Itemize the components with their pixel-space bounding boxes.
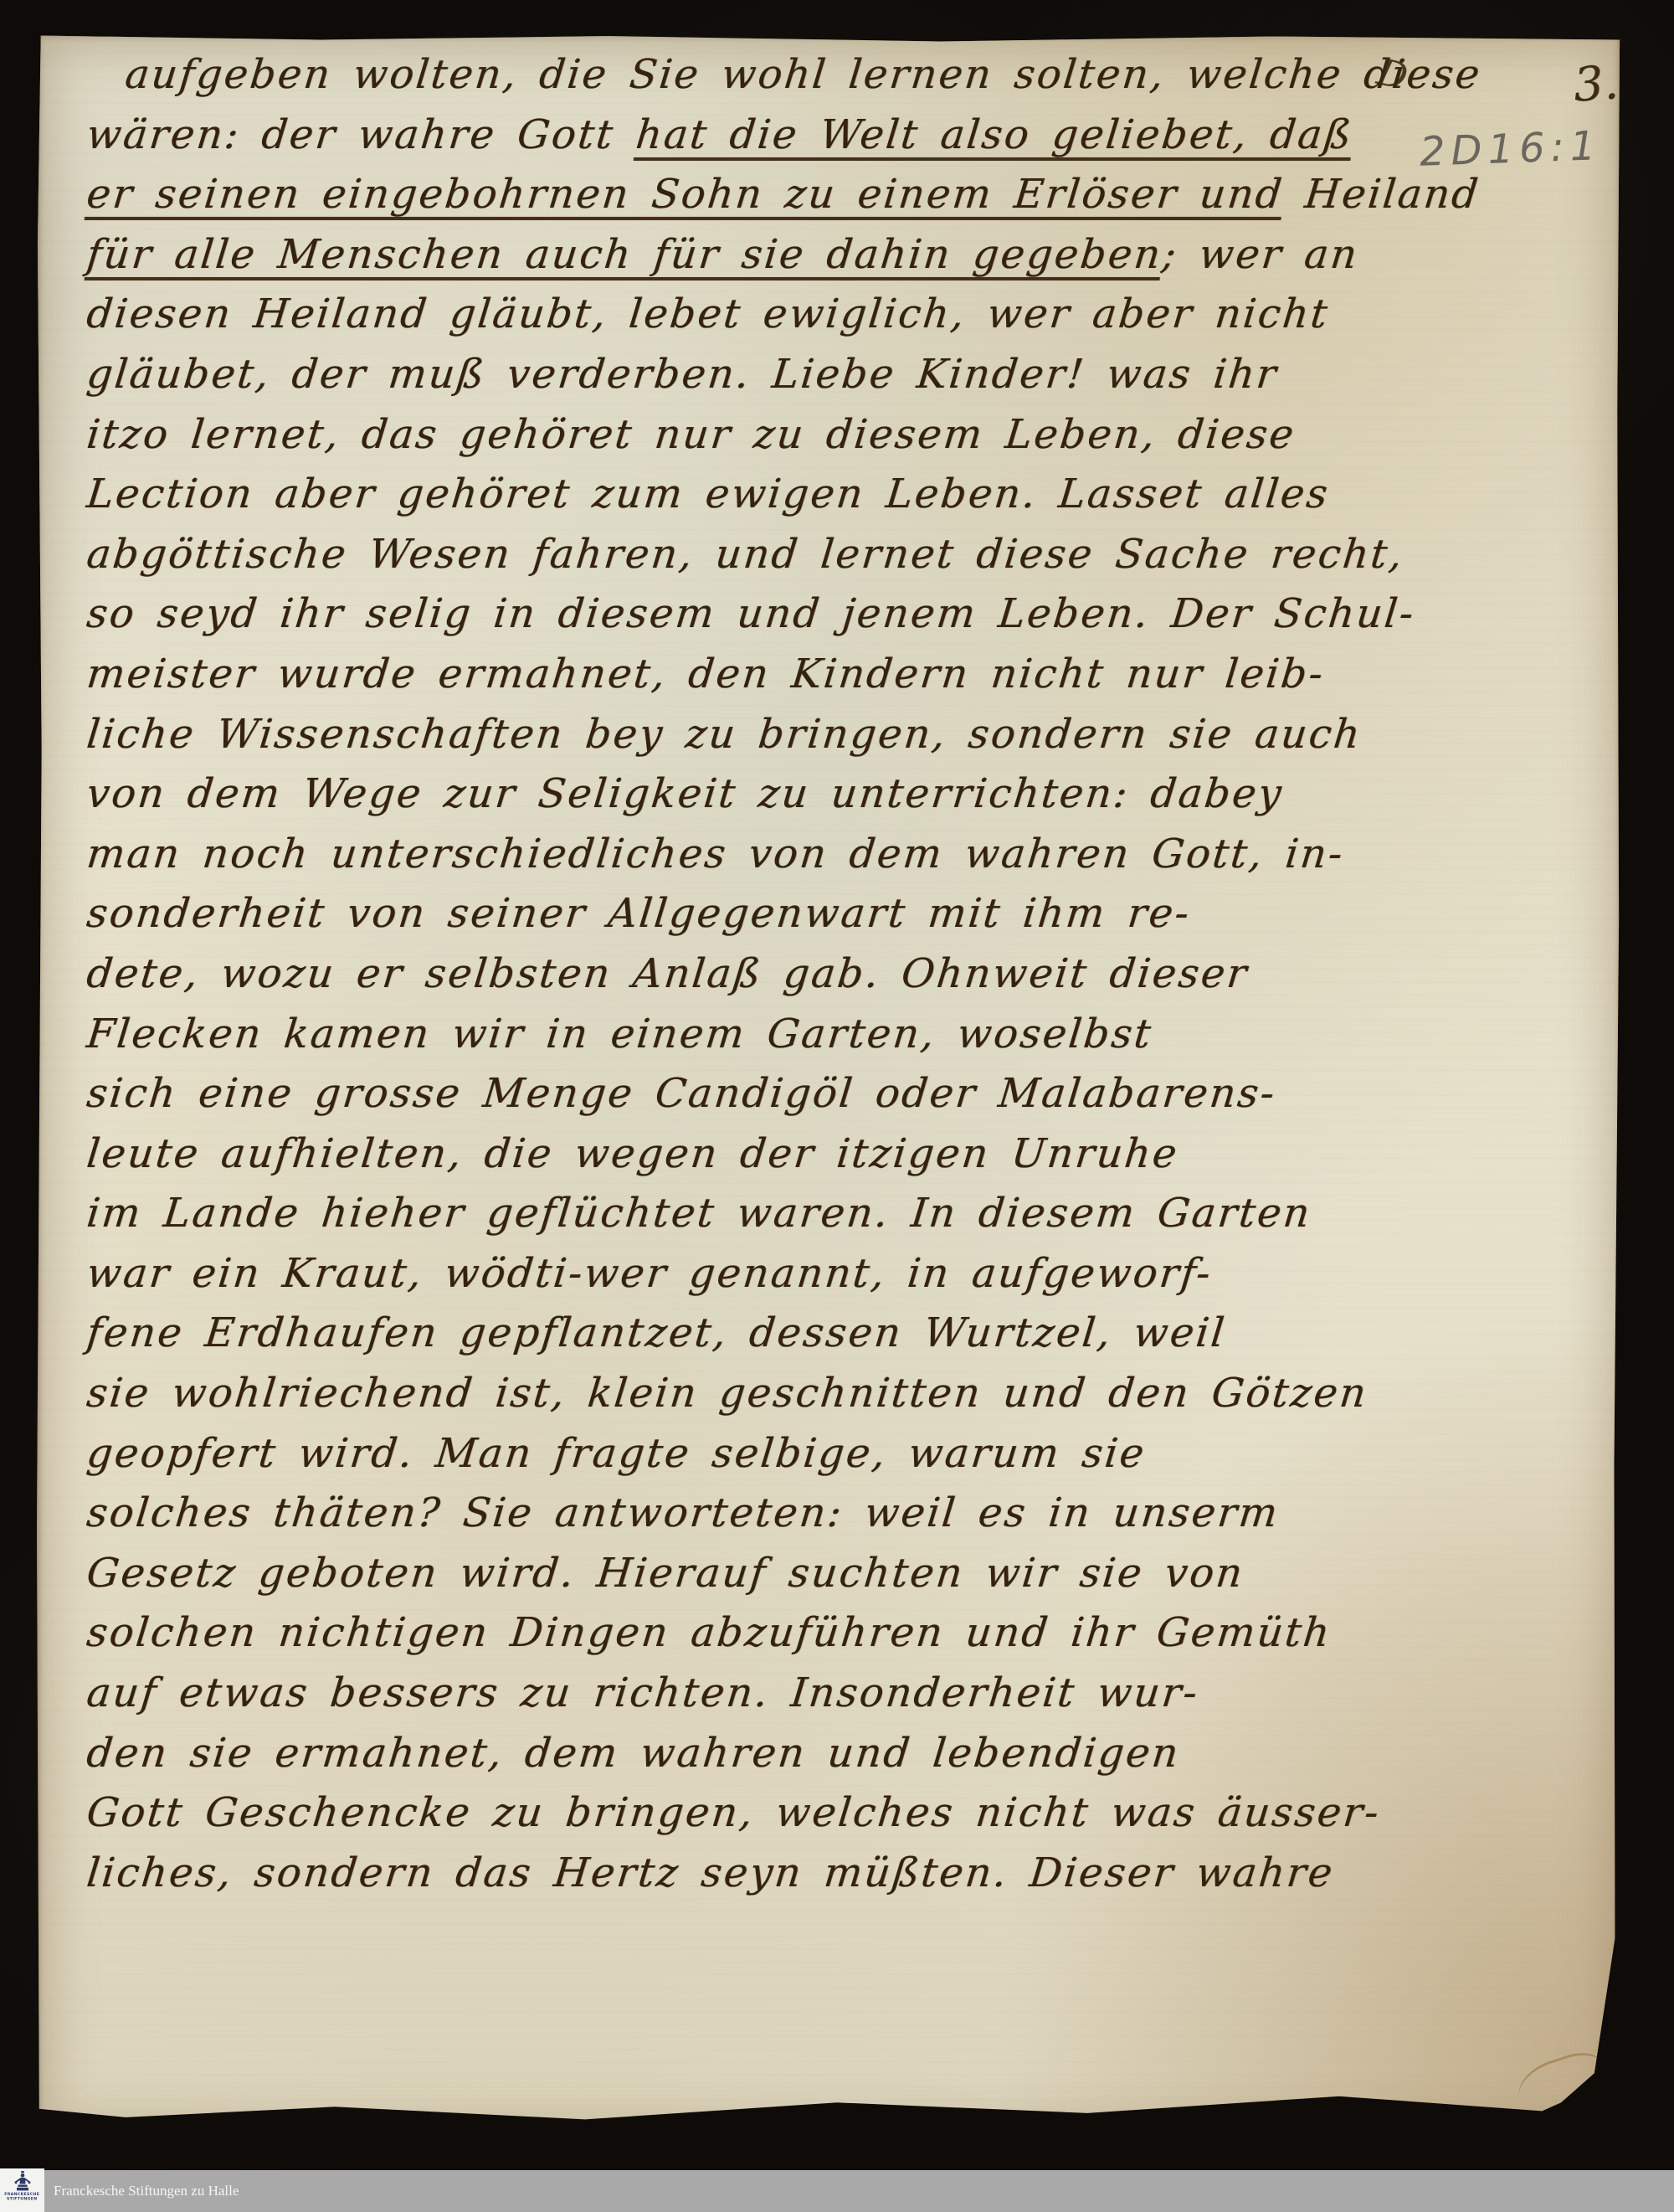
manuscript-line: dete, wozu er selbsten Anlaß gab. Ohnwei… xyxy=(84,944,1433,1005)
photo-background: aufgeben wolten, die Sie wohl lernen sol… xyxy=(0,0,1674,2212)
manuscript-text: gläubet, der muß verderben. Liebe Kinder… xyxy=(85,351,1281,398)
manuscript-text: ; wer an xyxy=(1159,231,1361,278)
manuscript-text: liche Wissenschaften bey zu bringen, son… xyxy=(85,711,1364,758)
corner-stain xyxy=(1511,2045,1617,2132)
manuscript-line: liche Wissenschaften bey zu bringen, son… xyxy=(84,705,1433,765)
manuscript-text: sie wohlriechend ist, klein geschnitten … xyxy=(85,1370,1370,1417)
manuscript-line: man noch unterschiedliches von dem wahre… xyxy=(84,825,1433,885)
manuscript-line: auf etwas bessers zu richten. Insonderhe… xyxy=(84,1664,1433,1724)
manuscript-line: Gott Geschencke zu bringen, welches nich… xyxy=(84,1783,1433,1844)
manuscript-line: solches thäten? Sie antworteten: weil es… xyxy=(84,1484,1433,1544)
manuscript-text: diesen Heiland gläubt, lebet ewiglich, w… xyxy=(85,291,1332,337)
footer-bar: Franckesche Stiftungen zu Halle xyxy=(0,2170,1674,2212)
manuscript-line: solchen nichtigen Dingen abzuführen und … xyxy=(84,1603,1433,1664)
manuscript-text: sich eine grosse Menge Candigöl oder Mal… xyxy=(85,1070,1279,1117)
manuscript-line: sonderheit von seiner Allgegenwart mit i… xyxy=(84,884,1433,944)
manuscript-text: man noch unterschiedliches von dem wahre… xyxy=(85,831,1347,877)
manuscript-text: wären: der wahre Gott xyxy=(85,111,639,158)
manuscript-line: leute aufhielten, die wegen der itzigen … xyxy=(84,1124,1433,1185)
manuscript-text: abgöttische Wesen fahren, und lernet die… xyxy=(85,531,1406,578)
manuscript-text: itzo lernet, das gehöret nur zu diesem L… xyxy=(85,411,1298,458)
manuscript-line: wären: der wahre Gott hat die Welt also … xyxy=(84,105,1433,166)
manuscript-line: sich eine grosse Menge Candigöl oder Mal… xyxy=(84,1064,1433,1124)
manuscript-text: so seyd ihr selig in diesem und jenem Le… xyxy=(85,590,1418,637)
manuscript-underlined-text: für alle Menschen auch für sie dahin geg… xyxy=(85,231,1164,278)
manuscript-line: er seinen eingebohrnen Sohn zu einem Erl… xyxy=(84,165,1433,225)
manuscript-text: Gesetz geboten wird. Hierauf suchten wir… xyxy=(85,1550,1246,1597)
manuscript-line: von dem Wege zur Seligkeit zu unterricht… xyxy=(84,764,1433,825)
manuscript-text-block: aufgeben wolten, die Sie wohl lernen sol… xyxy=(84,45,1426,1903)
manuscript-text: geopfert wird. Man fragte selbige, warum… xyxy=(85,1430,1148,1477)
manuscript-line: aufgeben wolten, die Sie wohl lernen sol… xyxy=(84,45,1433,105)
manuscript-text: aufgeben wolten, die Sie wohl lernen sol… xyxy=(123,51,1484,98)
manuscript-text: liches, sondern das Hertz seyn müßten. D… xyxy=(85,1849,1337,1896)
shelfmark-pencil: 2D16:1 xyxy=(1419,122,1602,176)
manuscript-text: Gott Geschencke zu bringen, welches nich… xyxy=(85,1789,1383,1836)
francke-statue-icon xyxy=(13,2171,32,2191)
manuscript-line: geopfert wird. Man fragte selbige, warum… xyxy=(84,1424,1433,1484)
manuscript-text: dete, wozu er selbsten Anlaß gab. Ohnwei… xyxy=(85,950,1250,997)
manuscript-line: itzo lernet, das gehöret nur zu diesem L… xyxy=(84,405,1433,466)
manuscript-line: den sie ermahnet, dem wahren und lebendi… xyxy=(84,1724,1433,1784)
manuscript-line: sie wohlriechend ist, klein geschnitten … xyxy=(84,1364,1433,1424)
manuscript-line: im Lande hieher geflüchtet waren. In die… xyxy=(84,1184,1433,1244)
manuscript-text: leute aufhielten, die wegen der itzigen … xyxy=(85,1130,1181,1177)
manuscript-line: war ein Kraut, wödti-wer genannt, in auf… xyxy=(84,1244,1433,1304)
manuscript-text: Flecken kamen wir in einem Garten, wosel… xyxy=(85,1011,1155,1057)
footer-institution-title: Franckesche Stiftungen zu Halle xyxy=(54,2170,239,2212)
manuscript-text: solchen nichtigen Dingen abzuführen und … xyxy=(85,1609,1334,1656)
manuscript-line: meister wurde ermahnet, den Kindern nich… xyxy=(84,645,1433,705)
manuscript-text: sonderheit von seiner Allgegenwart mit i… xyxy=(85,890,1193,937)
manuscript-line: diesen Heiland gläubt, lebet ewiglich, w… xyxy=(84,285,1433,345)
manuscript-text: Heiland xyxy=(1281,171,1481,218)
manuscript-line: für alle Menschen auch für sie dahin geg… xyxy=(84,225,1433,286)
manuscript-page: aufgeben wolten, die Sie wohl lernen sol… xyxy=(37,33,1621,2138)
manuscript-text: fene Erdhaufen gepflantzet, dessen Wurtz… xyxy=(85,1309,1229,1356)
institution-logo-text: FRANCKESCHE STIFTUNGEN xyxy=(4,2192,39,2200)
manuscript-line: Lection aber gehöret zum ewigen Leben. L… xyxy=(84,465,1433,525)
manuscript-text: auf etwas bessers zu richten. Insonderhe… xyxy=(85,1669,1201,1716)
manuscript-underlined-text: hat die Welt also geliebet, daß xyxy=(634,111,1355,158)
page-number: 3. xyxy=(1572,55,1620,113)
manuscript-line: liches, sondern das Hertz seyn müßten. D… xyxy=(84,1844,1433,1904)
manuscript-line: gläubet, der muß verderben. Liebe Kinder… xyxy=(84,345,1433,405)
manuscript-line: abgöttische Wesen fahren, und lernet die… xyxy=(84,525,1433,585)
manuscript-text: war ein Kraut, wödti-wer genannt, in auf… xyxy=(85,1250,1214,1297)
manuscript-text: den sie ermahnet, dem wahren und lebendi… xyxy=(85,1730,1183,1777)
manuscript-underlined-text: er seinen eingebohrnen Sohn zu einem Erl… xyxy=(85,171,1286,218)
manuscript-text: von dem Wege zur Seligkeit zu unterricht… xyxy=(85,770,1286,817)
manuscript-text: meister wurde ermahnet, den Kindern nich… xyxy=(85,651,1327,697)
manuscript-line: fene Erdhaufen gepflantzet, dessen Wurtz… xyxy=(84,1304,1433,1364)
manuscript-line: so seyd ihr selig in diesem und jenem Le… xyxy=(84,584,1433,645)
manuscript-text: im Lande hieher geflüchtet waren. In die… xyxy=(85,1190,1314,1237)
institution-logo-line2: STIFTUNGEN xyxy=(4,2196,39,2200)
manuscript-line: Gesetz geboten wird. Hierauf suchten wir… xyxy=(84,1544,1433,1604)
institution-logo: FRANCKESCHE STIFTUNGEN xyxy=(0,2168,44,2212)
manuscript-text: Lection aber gehöret zum ewigen Leben. L… xyxy=(85,471,1332,517)
manuscript-text: solches thäten? Sie antworteten: weil es… xyxy=(85,1489,1281,1536)
manuscript-line: Flecken kamen wir in einem Garten, wosel… xyxy=(84,1005,1433,1065)
